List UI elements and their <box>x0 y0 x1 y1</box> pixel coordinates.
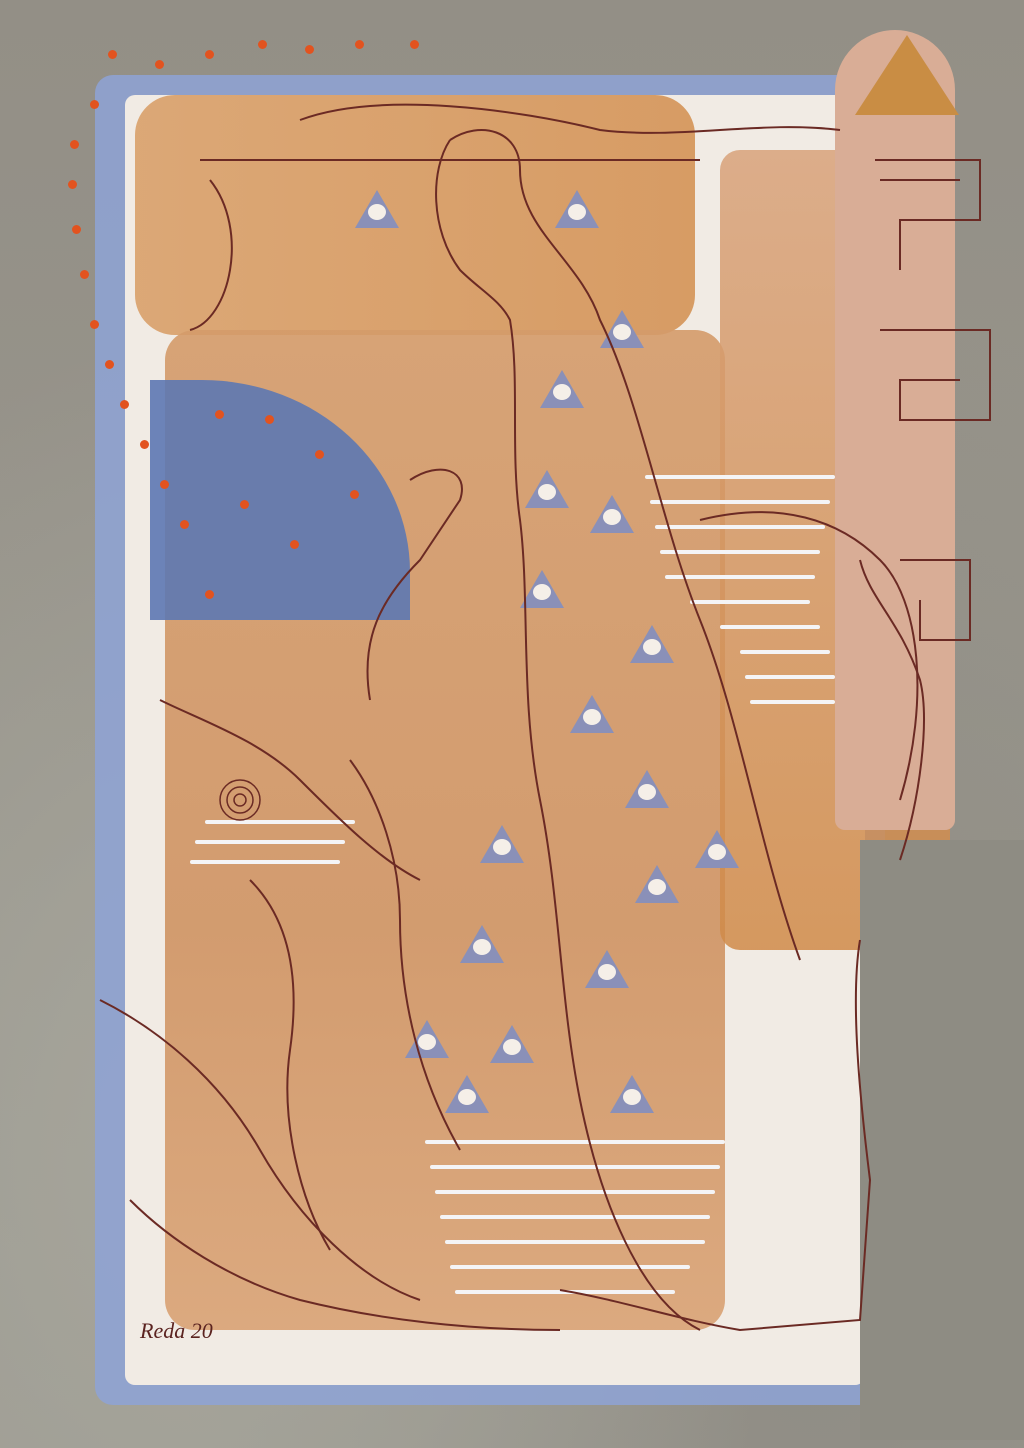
artist-signature: Reda 20 <box>140 1318 213 1344</box>
ink-line-drawing <box>0 0 1024 1448</box>
painting-canvas: Reda 20 <box>0 0 1024 1448</box>
